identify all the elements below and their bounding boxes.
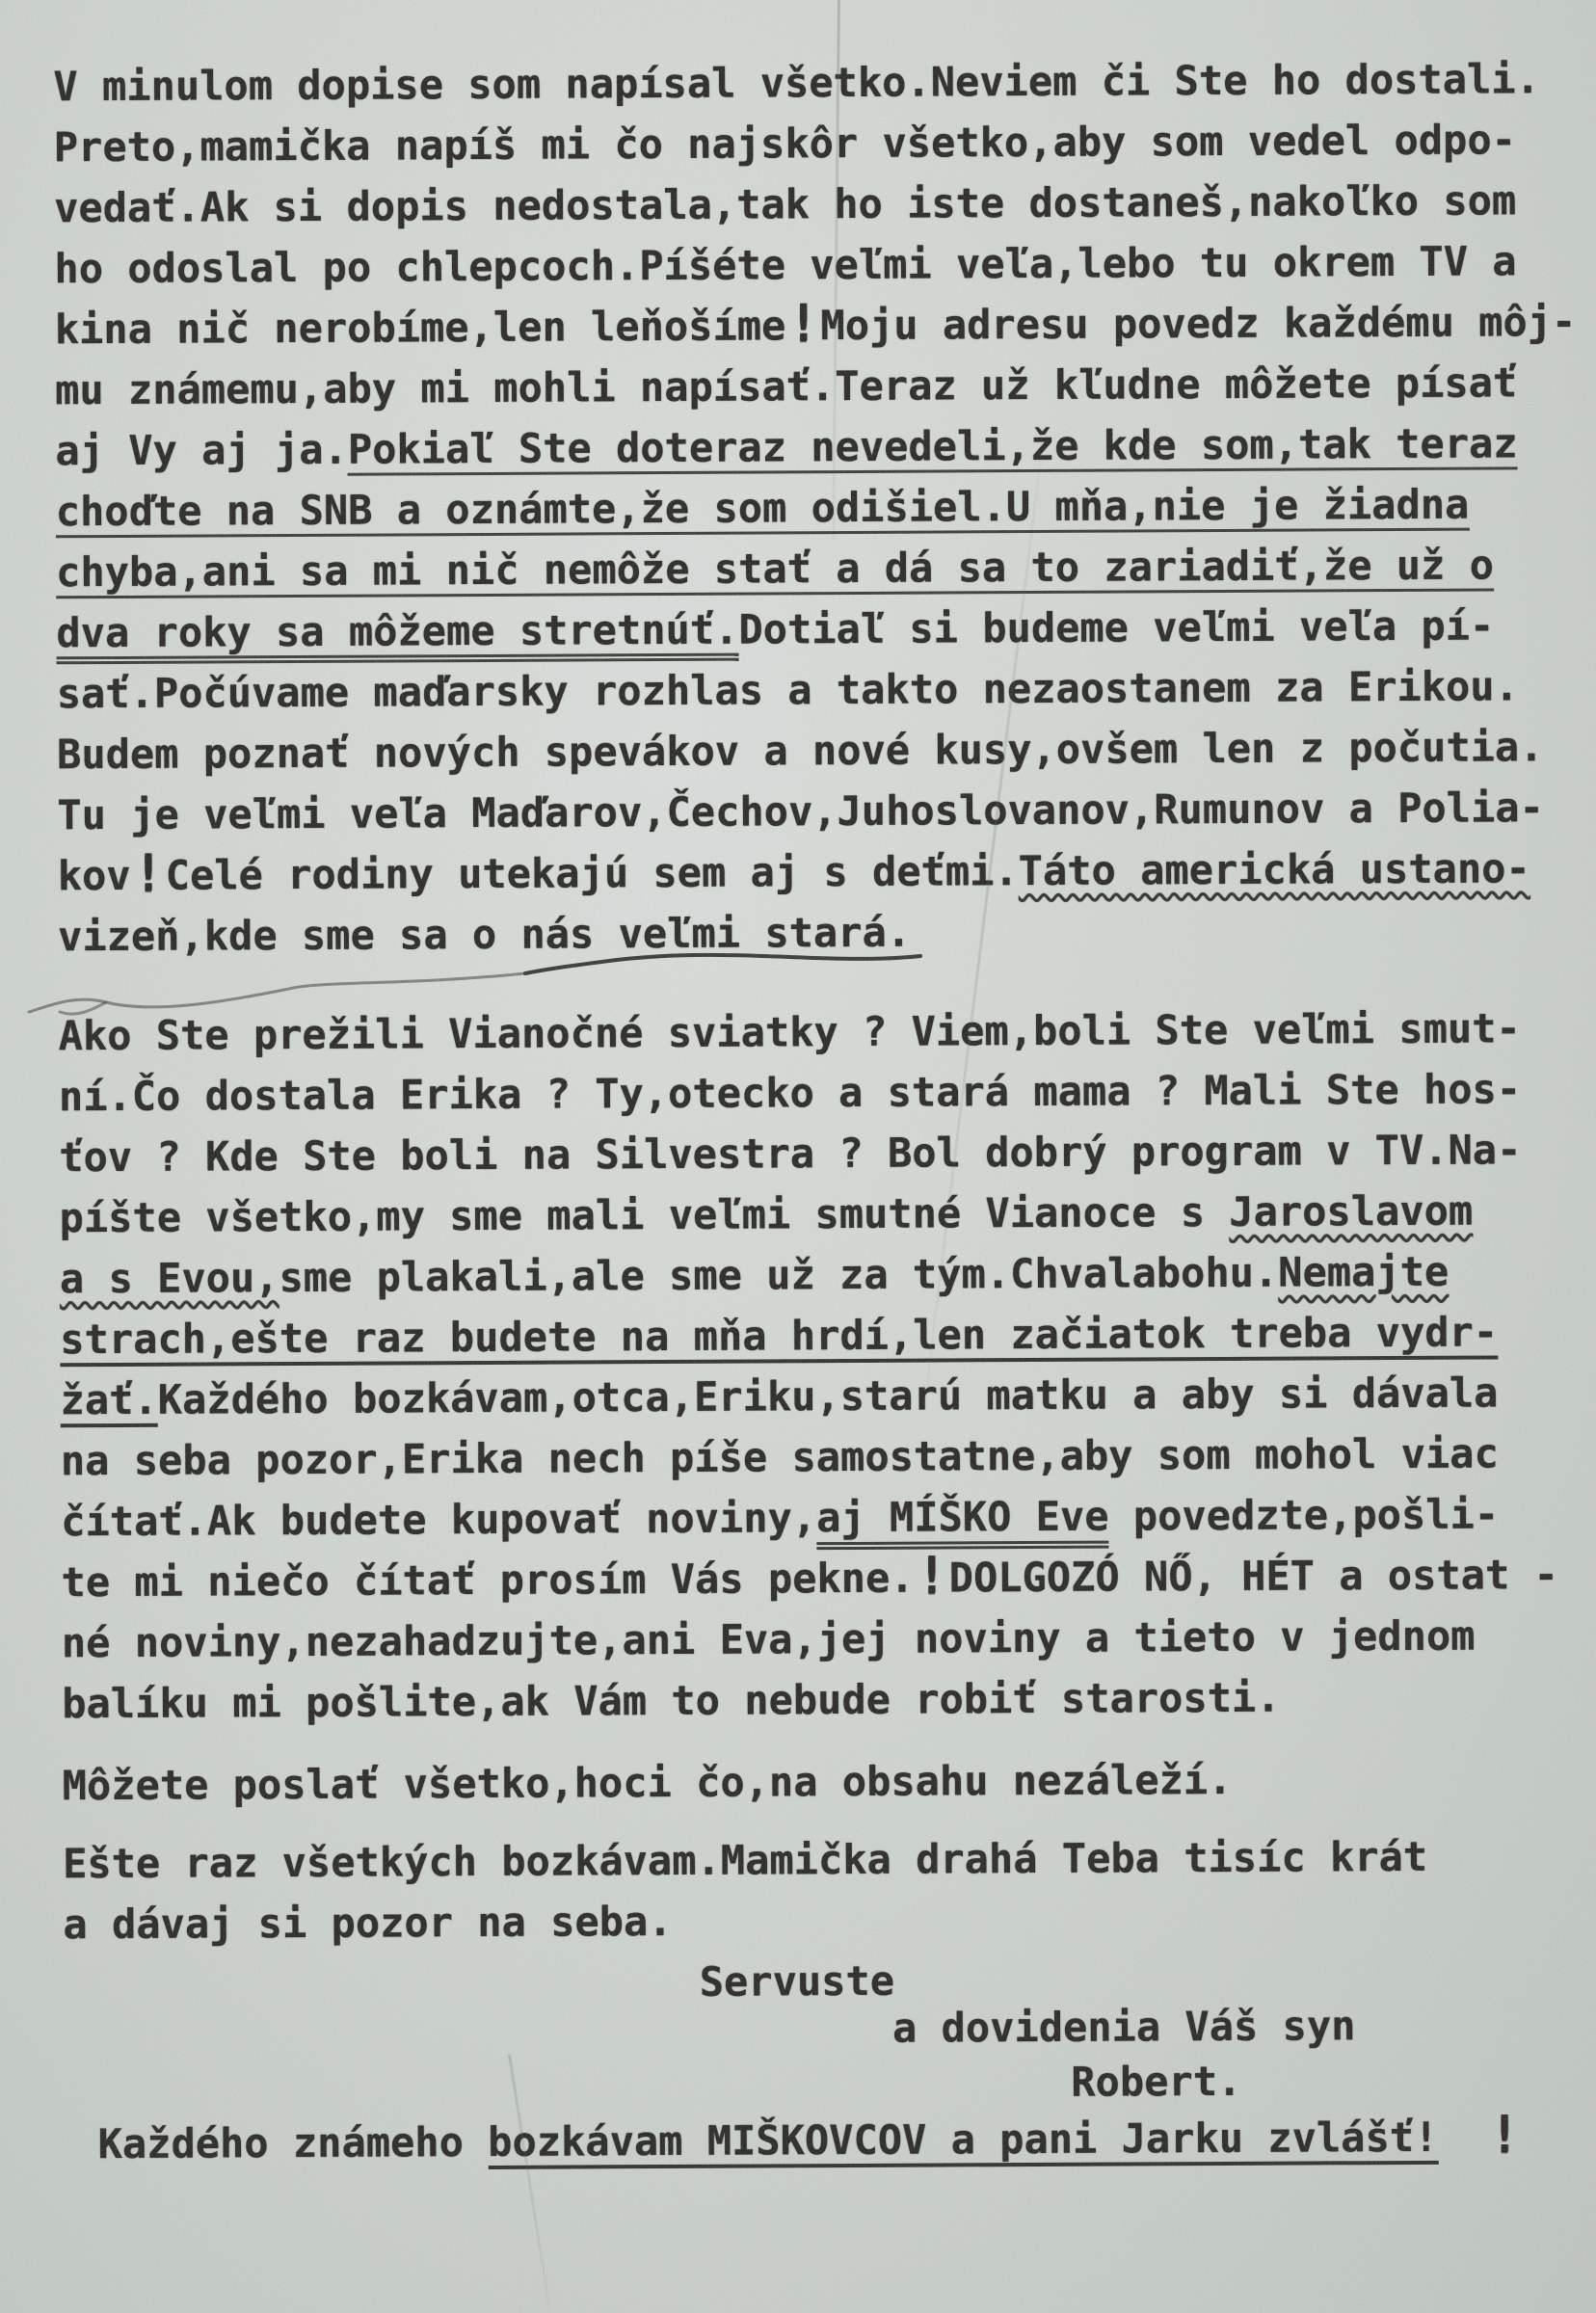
text-segment: dva roky sa môžeme stretnúť. (56, 606, 738, 665)
text-segment: žať. (60, 1376, 157, 1428)
text-segment: choďte na SNB a oznámte,že som odišiel.U… (56, 481, 1470, 539)
text-segment: Nemajte (1278, 1248, 1449, 1296)
text-segment: a dovidenia Váš syn (892, 2002, 1356, 2052)
letter-line: píšte všetko,my sme mali veľmi smutné Vi… (59, 1180, 1569, 1248)
text-segment: Moju adresu povedz každému môj- (820, 298, 1576, 349)
text-segment: Jaroslavom (1229, 1187, 1473, 1236)
letter-line: dva roky sa môžeme stretnúť.Dotiaľ si bu… (56, 595, 1566, 663)
letter-line: Každého známeho bozkávam MIŠKOVCOV a pan… (97, 2106, 1574, 2174)
letter-line: kov!Celé rodiny utekajú sem aj s deťmi.T… (58, 837, 1568, 906)
text-segment: Ako Ste prežili Vianočné sviatky ? Viem,… (58, 1004, 1520, 1059)
letter-line: Ako Ste prežili Vianočné sviatky ? Viem,… (58, 997, 1568, 1066)
letter-line: Ešte raz všetkých bozkávam.Mamička drahá… (63, 1825, 1573, 1894)
letter-line: žať.Každého bozkávam,otca,Eriku,starú ma… (60, 1362, 1570, 1430)
text-segment: ťov ? Kde Ste boli na Silvestra ? Bol do… (59, 1126, 1521, 1181)
text-segment: a dávaj si pozor na seba. (63, 1898, 672, 1948)
letter-line: Tu je veľmi veľa Maďarov,Čechov,Juhoslov… (57, 777, 1567, 845)
letter-line: balíku mi pošlite,ak Vám to nebude robiť… (62, 1665, 1572, 1734)
text-segment: Budem poznať nových spevákov a nové kusy… (57, 723, 1544, 778)
letter-line: Robert. (1071, 2049, 1574, 2113)
text-segment: balíku mi pošlite,ak Vám to nebude robiť… (62, 1674, 1281, 1728)
letter-line: a s Evou,sme plakali,ale sme už za tým.C… (60, 1240, 1570, 1309)
text-segment: sme plakali,ale sme už za tým.Chvalabohu… (279, 1249, 1278, 1301)
text-segment: na seba pozor,Erika nech píše samostatne… (61, 1429, 1499, 1484)
letter-line: vizeň,kde sme sa o nás veľmi stará. (58, 898, 1568, 967)
text-segment: Každého známeho (98, 2118, 489, 2167)
text-segment: vizeň,kde sme sa o nás veľmi stará. (58, 909, 911, 961)
letter-line: vedať.Ak si dopis nedostala,tak ho iste … (54, 170, 1564, 238)
text-segment: kina nič nerobíme,len leňošíme (55, 302, 786, 353)
text-segment: Servuste (700, 1957, 895, 2006)
letter-line: Môžete poslať všetko,hoci čo,na obsahu n… (63, 1747, 1573, 1816)
letter-page: V minulom dopise som napísal všetko.Nevi… (0, 0, 1596, 2313)
letter-line: ťov ? Kde Ste boli na Silvestra ? Bol do… (59, 1119, 1569, 1187)
letter-line: te mi niečo čítať prosím Vás pekne.!DOLG… (61, 1544, 1571, 1612)
text-segment: DOLGOZÓ NŐ, HÉT a ostat - (949, 1551, 1558, 1601)
text-segment: Dotiaľ si budeme veľmi veľa pí- (738, 601, 1494, 652)
text-segment: píšte všetko,my sme mali veľmi smutné Vi… (59, 1188, 1229, 1241)
letter-line: aj Vy aj ja.Pokiaľ Ste doteraz nevedeli,… (55, 412, 1565, 481)
text-segment: te mi niečo čítať prosím Vás pekne. (61, 1555, 914, 1607)
text-segment: čítať.Ak budete kupovať noviny, (61, 1494, 816, 1545)
letter-line: Preto,mamička napíš mi čo najskôr všetko… (54, 109, 1564, 177)
text-segment: vedať.Ak si dopis nedostala,tak ho iste … (54, 176, 1516, 231)
text-segment: Táto americká ustano- (1019, 844, 1530, 894)
text-segment: kov (58, 852, 131, 899)
text-segment: a s Evou, (60, 1254, 279, 1302)
ink-mark: ! (1490, 2114, 1519, 2154)
text-segment: strach,ešte raz budete na mňa hrdí,len z… (60, 1308, 1498, 1367)
letter-line: strach,ešte raz budete na mňa hrdí,len z… (60, 1301, 1570, 1369)
ink-mark: ! (917, 1555, 945, 1595)
text-segment: Môžete poslať všetko,hoci čo,na obsahu n… (63, 1756, 1233, 1809)
text-segment: mu známemu,aby mi mohli napísať.Teraz už… (55, 359, 1517, 413)
letter-line: mu známemu,aby mi mohli napísať.Teraz už… (55, 352, 1565, 420)
text-segment: Tu je veľmi veľa Maďarov,Čechov,Juhoslov… (57, 784, 1544, 838)
ink-mark: ! (788, 303, 817, 343)
text-segment: ní.Čo dostala Erika ? Ty,otecko a stará … (59, 1065, 1521, 1120)
letter-line: ní.Čo dostala Erika ? Ty,otecko a stará … (59, 1058, 1569, 1127)
letter-line: a dávaj si pozor na seba. (63, 1886, 1573, 1954)
text-segment: aj Vy aj ja. (55, 426, 348, 475)
letter-line: ho odoslal po chlepcoch.Píšéte veľmi veľ… (54, 230, 1564, 299)
text-segment: ho odoslal po chlepcoch.Píšéte veľmi veľ… (54, 237, 1516, 292)
text-segment: povedzte,pošli- (1108, 1490, 1499, 1539)
text-segment: bozkávam MIŠKOVCOV a pani Jarku zvlášť! (488, 2114, 1438, 2169)
text-segment: Pokiaľ Ste doteraz nevedeli,že kde som,t… (348, 419, 1518, 475)
letter-body: V minulom dopise som napísal všetko.Nevi… (0, 0, 1596, 2175)
text-segment: aj MÍŠKO Eve (816, 1493, 1109, 1551)
text-segment: Robert. (1071, 2058, 1241, 2106)
letter-line: sať.Počúvame maďarsky rozhlas a takto ne… (57, 655, 1567, 724)
text-segment: V minulom dopise som napísal všetko.Nevi… (53, 55, 1540, 110)
letter-line: kina nič nerobíme,len leňošíme!Moju adre… (55, 291, 1565, 359)
text-segment: chyba,ani sa mi nič nemôže stať a dá sa … (56, 541, 1494, 598)
text-segment: Celé rodiny utekajú sem aj s deťmi. (166, 847, 1019, 899)
letter-line: choďte na SNB a oznámte,že som odišiel.U… (56, 473, 1566, 542)
letter-line: Budem poznať nových spevákov a nové kusy… (57, 716, 1567, 784)
text-segment: sať.Počúvame maďarsky rozhlas a takto ne… (57, 662, 1519, 717)
text-segment: né noviny,nezahadzujte,ani Eva,jej novin… (62, 1612, 1476, 1667)
text-segment: Každého bozkávam,otca,Eriku,starú matku … (158, 1369, 1499, 1422)
text-segment (1438, 2114, 1487, 2161)
letter-line: na seba pozor,Erika nech píše samostatne… (61, 1422, 1571, 1491)
letter-line: né noviny,nezahadzujte,ani Eva,jej novin… (62, 1605, 1572, 1673)
text-segment: Ešte raz všetkých bozkávam.Mamička drahá… (63, 1833, 1427, 1887)
letter-line: V minulom dopise som napísal všetko.Nevi… (53, 48, 1563, 117)
text-segment: Preto,mamička napíš mi čo najskôr všetko… (54, 116, 1516, 171)
ink-mark: ! (133, 853, 162, 893)
letter-line: čítať.Ak budete kupovať noviny,aj MÍŠKO … (61, 1483, 1571, 1552)
letter-line: chyba,ani sa mi nič nemôže stať a dá sa … (56, 534, 1566, 602)
